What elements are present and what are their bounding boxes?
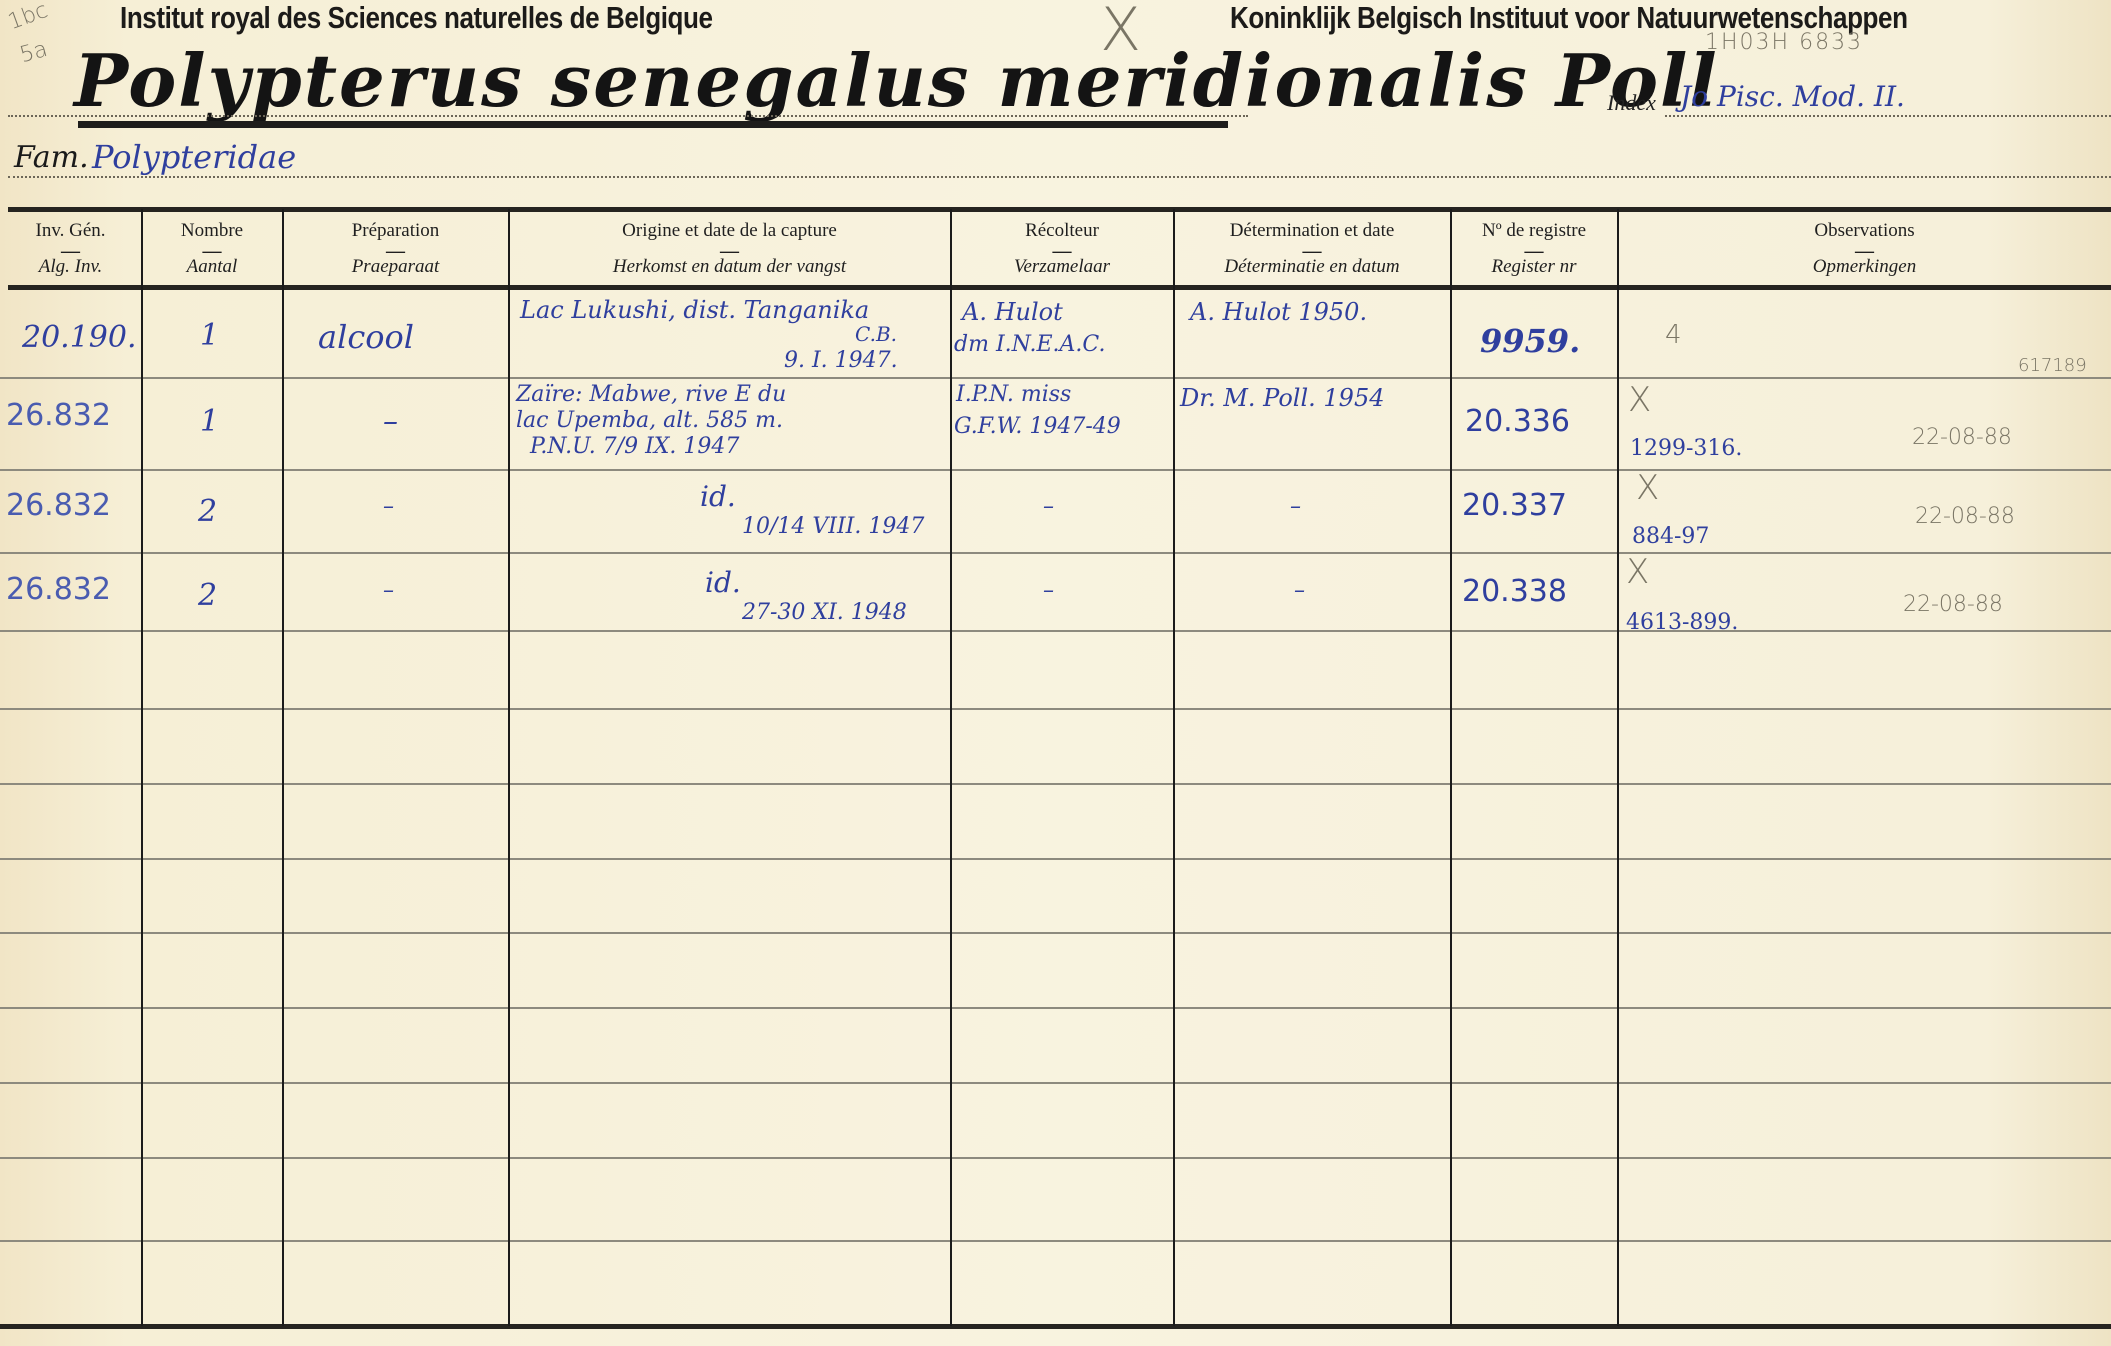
- column-header-fr: Préparation: [283, 221, 508, 240]
- column-header-preparation: Préparation — Praeparaat: [283, 209, 508, 285]
- cell-origin-line: lac Upemba, alt. 585 m.: [516, 408, 783, 433]
- cell-origin-line: 9. I. 1947.: [784, 348, 898, 373]
- cell-register: 20.338: [1462, 574, 1567, 609]
- index-label: Index: [1607, 90, 1656, 116]
- row-line: [0, 858, 2111, 860]
- row-line: [0, 1240, 2111, 1242]
- cell-determination: Dr. M. Poll. 1954: [1180, 384, 1384, 412]
- cell-origin-line: C.B.: [855, 322, 897, 346]
- column-header-nl: Praeparaat: [283, 257, 508, 276]
- column-header-nl: Déterminatie en datum: [1174, 257, 1450, 276]
- cell-determination: –: [1290, 494, 1301, 519]
- column-header-register: Nº de registre — Register nr: [1451, 209, 1617, 285]
- cell-inv: 20.190.: [22, 320, 137, 355]
- column-header-fr: Observations: [1618, 221, 2111, 240]
- row-line: [0, 708, 2111, 710]
- cell-origin-line: Lac Lukushi, dist. Tanganika: [520, 296, 869, 324]
- row-line: [0, 932, 2111, 934]
- index-dotted-rule: [1665, 115, 2111, 117]
- column-header-fr: Récolteur: [951, 221, 1173, 240]
- cell-observation-mark: X: [1626, 552, 1649, 592]
- margin-note-2: 5a: [17, 37, 50, 68]
- column-header-nl: Verzamelaar: [951, 257, 1173, 276]
- cell-origin-line: id.: [700, 480, 736, 513]
- cell-origin-line: 27-30 XI. 1948: [742, 600, 907, 625]
- cell-count: 1: [200, 404, 219, 439]
- cell-count: 1: [200, 318, 219, 353]
- catalog-note: 1H03H 6833: [1705, 30, 1863, 55]
- family-label: Fam.: [14, 140, 89, 175]
- cell-collector-line: G.F.W. 1947-49: [954, 414, 1121, 439]
- column-header-nl: Alg. Inv.: [0, 257, 141, 276]
- column-divider: [1173, 209, 1175, 1326]
- cell-collector-line: –: [1043, 494, 1054, 519]
- column-divider: [1617, 209, 1619, 1326]
- row-line: [0, 469, 2111, 471]
- column-header-observations: Observations — Opmerkingen: [1618, 209, 2111, 285]
- cell-observation: 1299-316.: [1630, 436, 1742, 461]
- column-header-nl: Aantal: [142, 257, 282, 276]
- row-line: [0, 377, 2111, 379]
- cell-inv: 26.832: [6, 488, 111, 523]
- cell-observation-mark: X: [1628, 380, 1651, 420]
- cell-register: 20.337: [1462, 488, 1567, 523]
- row-line: [0, 630, 2111, 632]
- title-dotted-rule: [8, 115, 1248, 117]
- column-divider: [1450, 209, 1452, 1326]
- cell-preparation: alcool: [318, 318, 414, 356]
- row-line: [0, 783, 2111, 785]
- cell-collector-line: I.P.N. miss: [956, 382, 1071, 407]
- family-dotted-rule: [8, 176, 2111, 178]
- cell-inv: 26.832: [6, 572, 111, 607]
- column-divider: [141, 209, 143, 1326]
- column-header-fr: Nº de registre: [1451, 221, 1617, 240]
- title-underline: [78, 121, 1228, 128]
- column-header-origin: Origine et date de la capture — Herkomst…: [509, 209, 950, 285]
- cell-origin-line: id.: [705, 566, 741, 599]
- column-header-count: Nombre — Aantal: [142, 209, 282, 285]
- cell-observation-mark: X: [1636, 468, 1659, 508]
- cell-determination: A. Hulot 1950.: [1190, 298, 1367, 326]
- cell-determination: –: [1294, 578, 1305, 603]
- cell-observation: 4613-899.: [1626, 610, 1738, 635]
- column-divider: [950, 209, 952, 1326]
- cell-observation-date: 22-08-88: [1903, 592, 2003, 617]
- column-header-fr: Nombre: [142, 221, 282, 240]
- cell-collector-line: dm I.N.E.A.C.: [954, 332, 1105, 357]
- margin-note-1: 1bc: [5, 0, 51, 35]
- cell-origin-line: 10/14 VIII. 1947: [742, 514, 924, 539]
- cell-preparation: –: [383, 494, 394, 519]
- cell-register: 20.336: [1465, 404, 1570, 439]
- cell-inv: 26.832: [6, 398, 111, 433]
- column-header-determination: Détermination et date — Déterminatie en …: [1174, 209, 1450, 285]
- column-divider: [508, 209, 510, 1326]
- table-bottom-rule: [0, 1324, 2111, 1329]
- cell-observation: 884-97: [1632, 524, 1709, 549]
- cell-preparation: –: [383, 578, 394, 603]
- column-divider: [282, 209, 284, 1326]
- cell-observation-date: 22-08-88: [1912, 425, 2012, 450]
- column-header-fr: Inv. Gén.: [0, 221, 141, 240]
- cell-collector-line: A. Hulot: [962, 298, 1063, 326]
- cell-origin-line: P.N.U. 7/9 IX. 1947: [530, 434, 739, 459]
- institute-name-fr: Institut royal des Sciences naturelles d…: [120, 0, 713, 36]
- cell-count: 2: [198, 494, 217, 529]
- side-note: 617189: [2018, 355, 2087, 376]
- header-bottom-rule: [8, 285, 2111, 290]
- cell-preparation: –: [383, 404, 398, 439]
- column-header-fr: Origine et date de la capture: [509, 221, 950, 240]
- row-line: [0, 1007, 2111, 1009]
- species-title: Polypterus senegalus meridionalis Poll: [74, 38, 1719, 123]
- cell-collector-line: –: [1043, 578, 1054, 603]
- column-header-fr: Détermination et date: [1174, 221, 1450, 240]
- row-line: [0, 1157, 2111, 1159]
- row-line: [0, 1082, 2111, 1084]
- column-header-nl: Opmerkingen: [1618, 257, 2111, 276]
- column-header-nl: Herkomst en datum der vangst: [509, 257, 950, 276]
- column-header-collector: Récolteur — Verzamelaar: [951, 209, 1173, 285]
- cell-origin-line: Zaïre: Mabwe, rive E du: [516, 382, 786, 407]
- index-value: Jo Pisc. Mod. II.: [1680, 80, 1905, 113]
- cell-observation-date: 22-08-88: [1915, 504, 2015, 529]
- row-line: [0, 552, 2111, 554]
- column-header-nl: Register nr: [1451, 257, 1617, 276]
- cell-register: 9959.: [1480, 322, 1580, 360]
- column-header-inv: Inv. Gén. — Alg. Inv.: [0, 209, 141, 285]
- cell-count: 2: [198, 578, 217, 613]
- cell-observation: 4: [1665, 320, 1682, 350]
- family-value: Polypteridae: [92, 138, 296, 176]
